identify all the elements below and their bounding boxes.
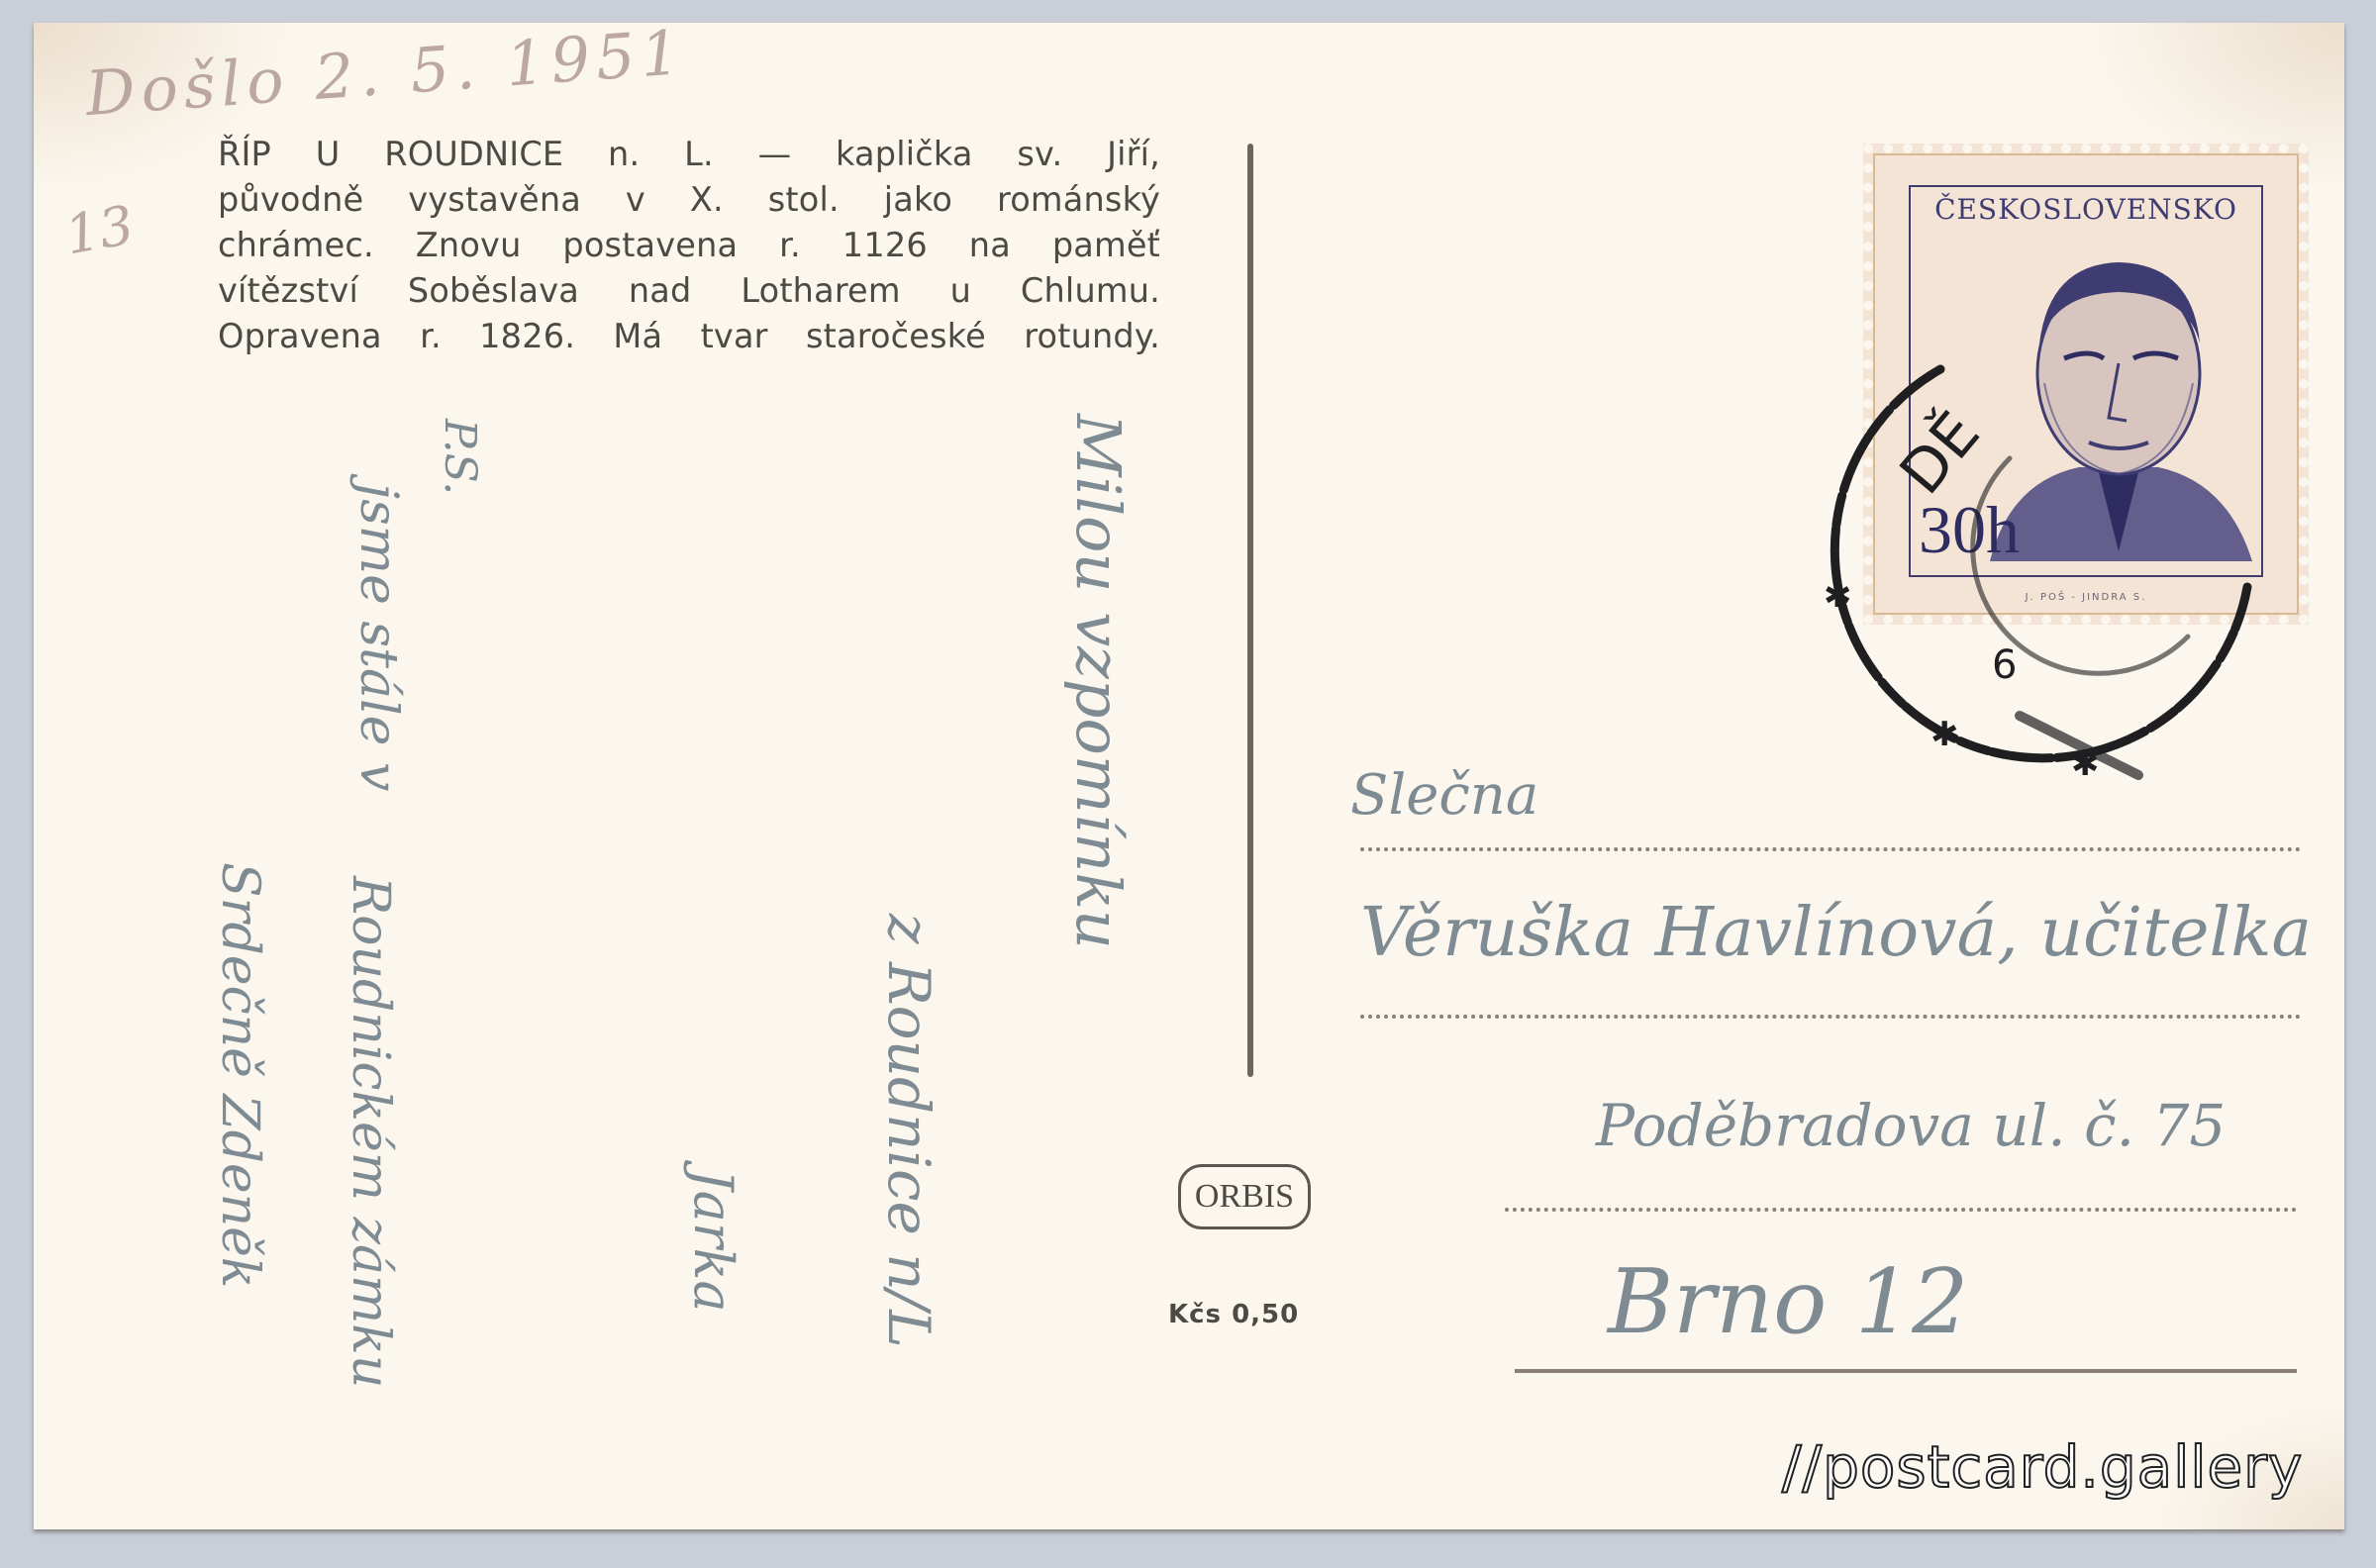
- svg-text:✱: ✱: [1930, 715, 1959, 754]
- caption-line: vítězství Soběslava nad Lotharem u Chlum…: [218, 268, 1160, 314]
- caption-line: původně vystavěna v X. stol. jako románs…: [218, 177, 1160, 223]
- handwritten-message-line: z Roudnice n/L: [875, 914, 942, 1348]
- caption-line: Opravena r. 1826. Má tvar staročeské rot…: [218, 314, 1160, 359]
- postage-stamp: ČESKOSLOVENSKO 30h J. POŠ - JINDRA S.: [1863, 144, 2309, 625]
- watermark: //postcard.gallery: [1782, 1433, 2303, 1501]
- handwritten-message-line: jsme stále v: [348, 483, 408, 791]
- handwritten-message-line: Roudnickém zámku: [341, 876, 400, 1388]
- pencil-number: 13: [60, 194, 139, 267]
- handwritten-message-line: Jarka: [682, 1169, 744, 1313]
- svg-text:✱: ✱: [2071, 744, 2100, 784]
- stamp-frame: ČESKOSLOVENSKO 30h J. POŠ - JINDRA S.: [1909, 185, 2263, 577]
- price-label: Kčs 0,50: [1168, 1300, 1299, 1329]
- address-salutation: Slečna: [1350, 763, 1538, 828]
- address-line-1: [1360, 847, 2301, 851]
- printed-caption: ŘÍP U ROUDNICE n. L. — kaplička sv. Jiří…: [218, 132, 1160, 359]
- handwritten-message-line: P.S.: [435, 419, 485, 495]
- handwritten-message-line: Srdečně Zdeněk: [210, 862, 269, 1288]
- pencil-received-date: Došlo 2. 5. 1951: [83, 16, 688, 130]
- caption-line: chrámec. Znovu postavena r. 1126 na pamě…: [218, 223, 1160, 268]
- address-line-4: [1515, 1369, 2297, 1373]
- publisher-logo: ORBIS: [1178, 1164, 1311, 1229]
- handwritten-message-line: Milou vzpomínku: [1062, 414, 1135, 949]
- address-city: Brno 12: [1608, 1250, 1968, 1354]
- stamp-engraver: J. POŠ - JINDRA S.: [1911, 592, 2261, 603]
- address-line-2: [1360, 1015, 2301, 1019]
- stamp-value: 30h: [1919, 491, 2020, 569]
- caption-line: ŘÍP U ROUDNICE n. L. — kaplička sv. Jiří…: [218, 132, 1160, 177]
- svg-text:✱: ✱: [1824, 576, 1852, 616]
- postcard: Došlo 2. 5. 1951 13 ŘÍP U ROUDNICE n. L.…: [34, 23, 2344, 1529]
- address-line-3: [1505, 1208, 2297, 1212]
- address-name: Věruška Havlínová, učitelka: [1360, 894, 2312, 972]
- divider-line: [1247, 144, 1253, 1077]
- stamp-country: ČESKOSLOVENSKO: [1911, 193, 2261, 226]
- svg-text:6: 6: [1992, 642, 2017, 688]
- address-street: Poděbradova ul. č. 75: [1596, 1092, 2226, 1159]
